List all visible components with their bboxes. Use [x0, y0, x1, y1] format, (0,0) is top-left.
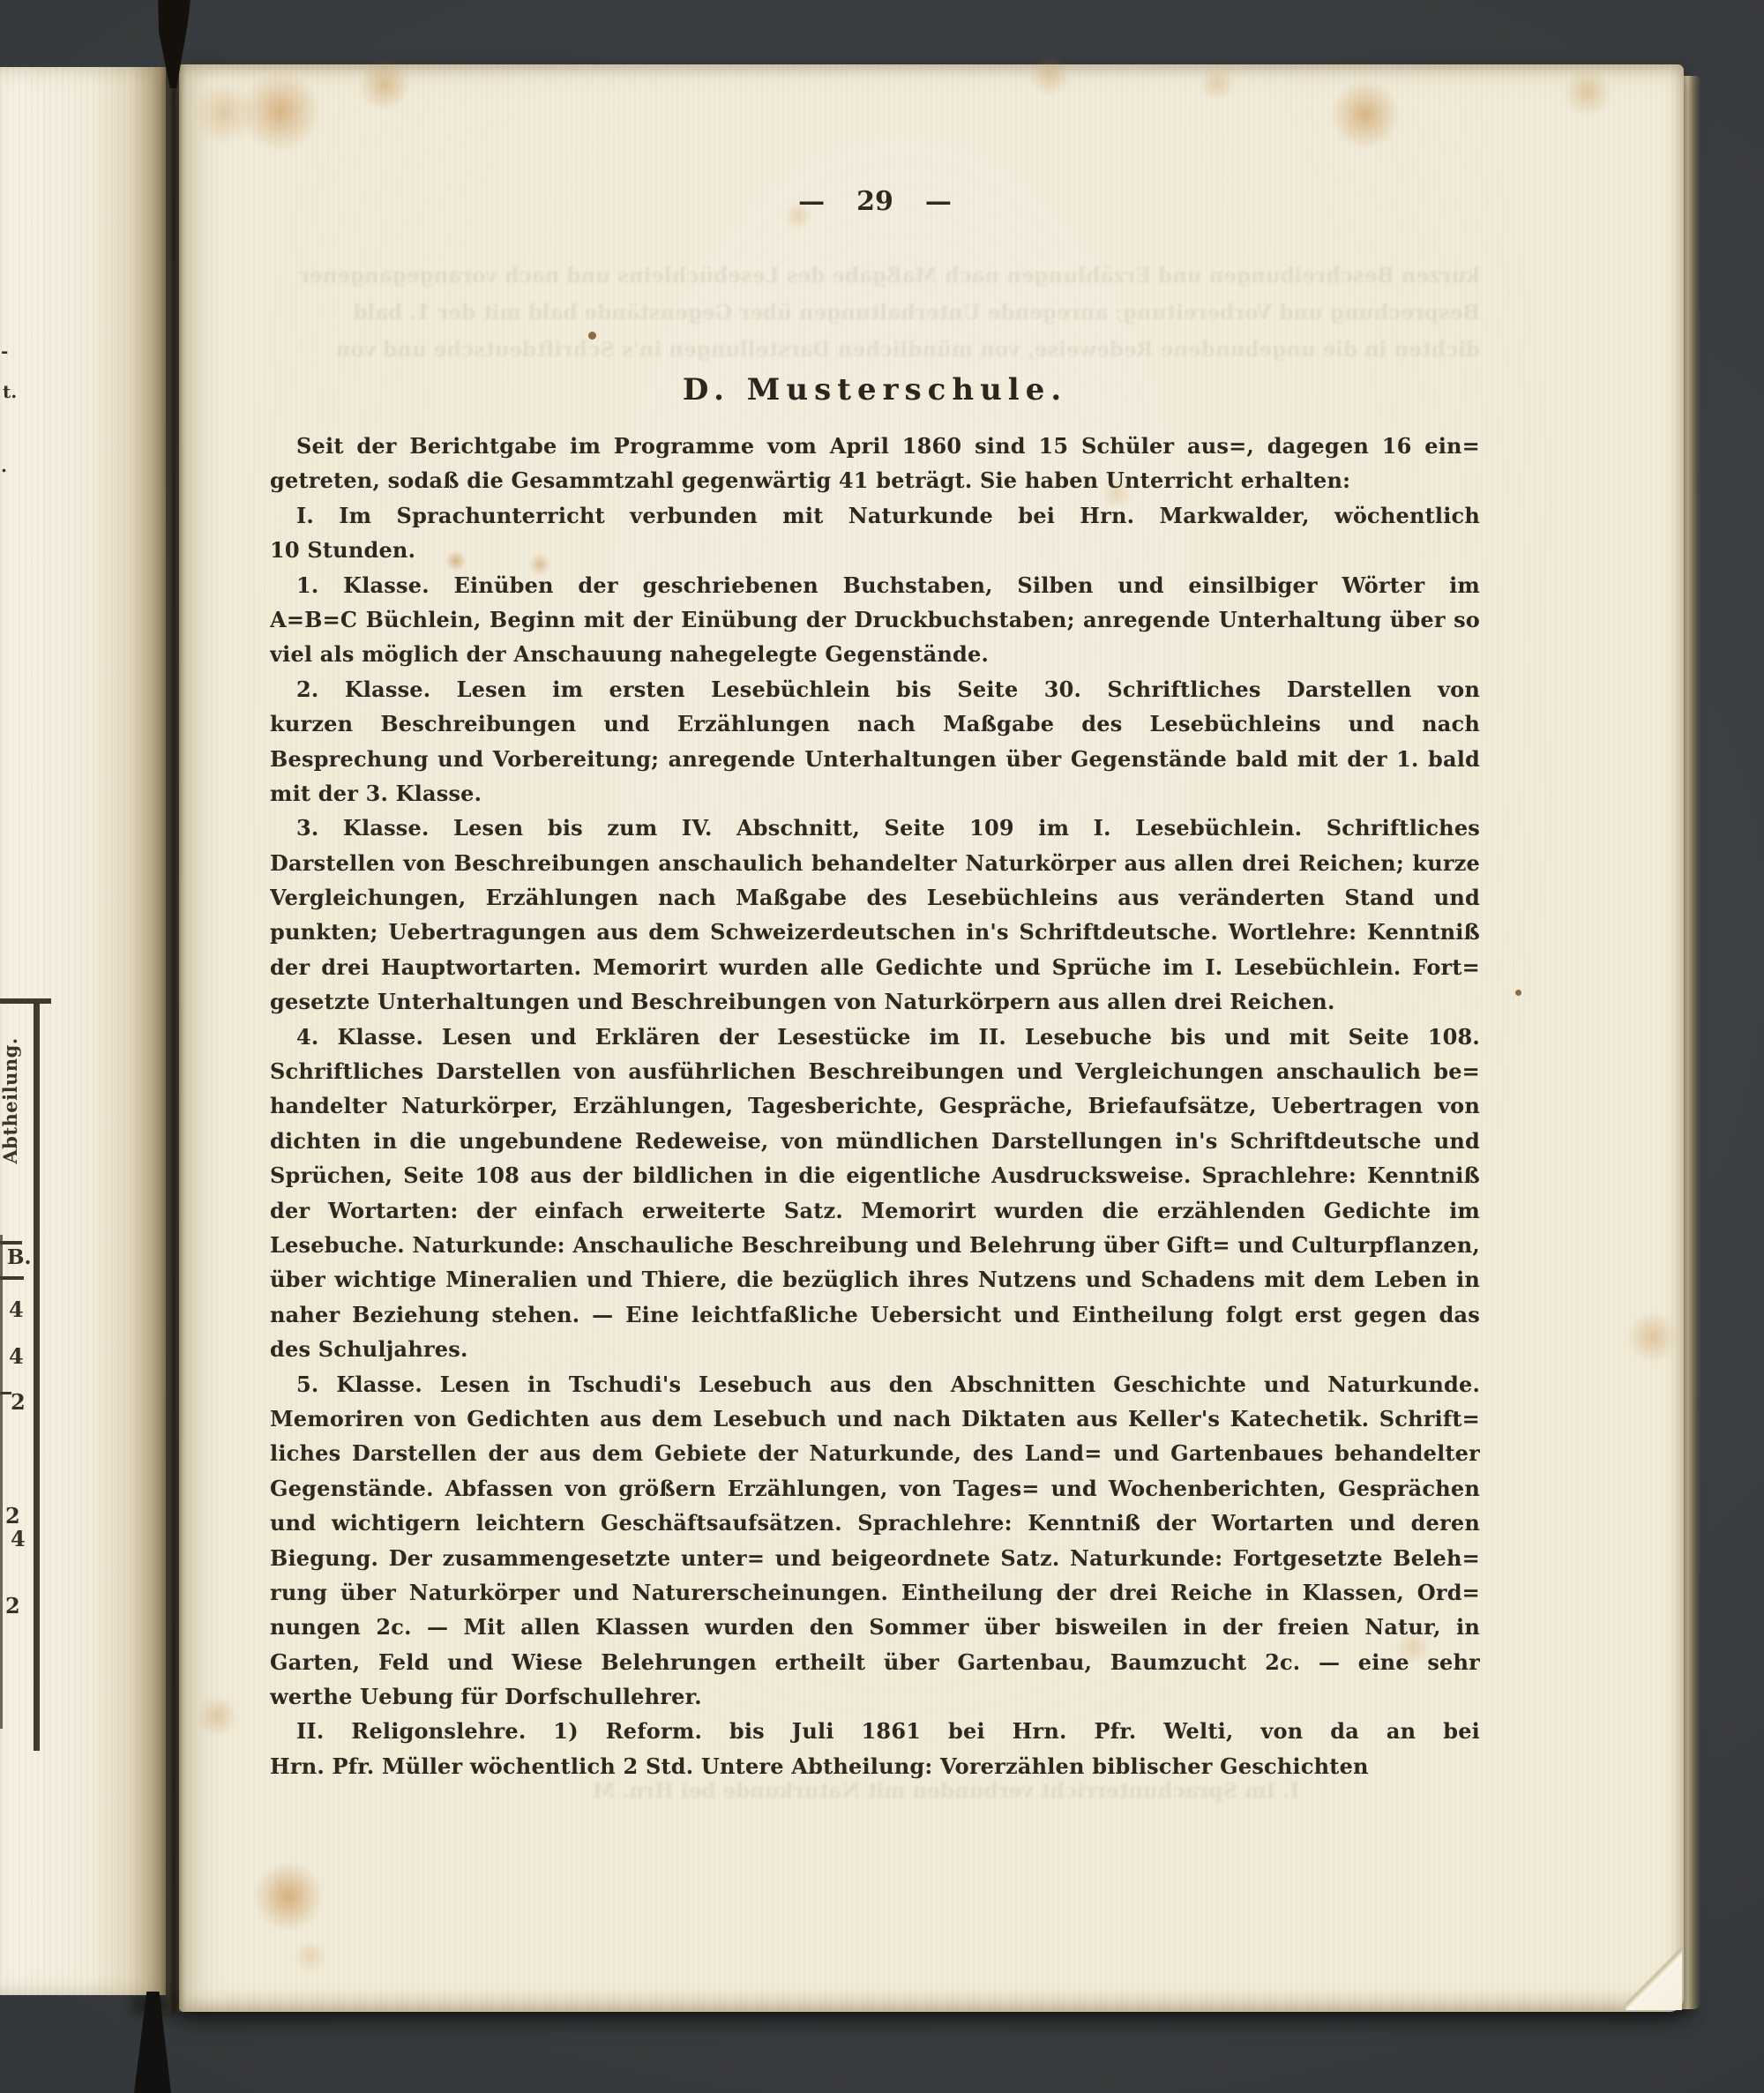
body-text-line: 1. Klasse. Einüben der geschriebenen Buc… — [270, 568, 1480, 602]
left-page-fragment: . — [1, 455, 7, 476]
body-text-line: A=B=C Büchlein, Beginn mit der Einübung … — [270, 602, 1480, 637]
body-text-line: naher Beziehung stehen. — Eine leichtfaß… — [270, 1297, 1480, 1332]
book-gutter-shadow — [161, 62, 185, 2013]
body-text-line: Memoriren von Gedichten aus dem Lesebuch… — [270, 1402, 1480, 1436]
body-text-line: Biegung. Der zusammengesetzte unter= und… — [270, 1541, 1480, 1575]
body-text-line: werthe Uebung für Dorfschullehrer. — [270, 1679, 1480, 1714]
table-rule-vertical — [34, 1002, 40, 1751]
page-number-dash: — — [925, 186, 952, 217]
body-text-line: 3. Klasse. Lesen bis zum IV. Abschnitt, … — [270, 811, 1480, 845]
table-cell-value: 4 — [9, 1297, 24, 1322]
table-tick — [0, 1276, 24, 1280]
body-text-line: kurzen Beschreibungen und Erzählungen na… — [270, 706, 1480, 741]
table-cell-value: 4 — [11, 1526, 26, 1551]
page-stack-edges — [1682, 76, 1701, 2009]
left-page-fragment: t. — [3, 381, 17, 402]
body-text-line: Besprechung und Vorbereitung; anregende … — [270, 742, 1480, 776]
bleed-through-ghost-text: Besprechung und Vorbereitung; anregende … — [270, 298, 1480, 328]
body-text-line: rung über Naturkörper und Naturerscheinu… — [270, 1575, 1480, 1610]
ink-speck — [588, 332, 596, 340]
body-text-line: viel als möglich der Anschauung nahegele… — [270, 637, 1480, 671]
rotated-table-header: Abtheilung. — [0, 1017, 22, 1185]
body-text-line: punkten; Uebertragungen aus dem Schweize… — [270, 915, 1480, 949]
body-text-line: Vergleichungen, Erzählungen nach Maßgabe… — [270, 880, 1480, 915]
left-page-fragment: - — [1, 340, 8, 362]
body-text-line: 2. Klasse. Lesen im ersten Lesebüchlein … — [270, 672, 1480, 706]
page-number-value: 29 — [856, 186, 893, 217]
table-cell-value: 2 — [5, 1593, 20, 1618]
body-text-line: 10 Stunden. — [270, 533, 1480, 567]
body-text-line: II. Religonslehre. 1) Reform. bis Juli 1… — [270, 1714, 1480, 1748]
body-text-line: Garten, Feld und Wiese Belehrungen erthe… — [270, 1645, 1480, 1679]
body-text-line: über wichtige Mineralien und Thiere, die… — [270, 1262, 1480, 1297]
left-page-edge: - t. . Abtheilung. B. 442242 — [0, 67, 166, 1995]
body-text-line: 5. Klasse. Lesen in Tschudi's Lesebuch a… — [270, 1367, 1480, 1402]
bleed-through-ghost-text: kurzen Beschreibungen und Erzählungen na… — [270, 261, 1480, 291]
table-column-header: B. — [7, 1245, 31, 1269]
body-text-line: der drei Hauptwortarten. Memorirt wurden… — [270, 950, 1480, 984]
table-cell-value: 2 — [5, 1503, 20, 1529]
table-cell-value: 2 — [11, 1389, 26, 1415]
page-number: —29— — [270, 186, 1480, 217]
body-text-line: Hrn. Pfr. Müller wöchentlich 2 Std. Unte… — [270, 1749, 1480, 1783]
body-text-line: Sprüchen, Seite 108 aus der bildlichen i… — [270, 1158, 1480, 1192]
body-text-line: gesetzte Unterhaltungen und Beschreibung… — [270, 984, 1480, 1019]
body-text-line: mit der 3. Klasse. — [270, 776, 1480, 811]
ink-speck — [1515, 990, 1521, 996]
page-corner-fold — [1626, 1948, 1682, 2010]
book-scan: - t. . Abtheilung. B. 442242 —29— D. Mus… — [0, 0, 1764, 2093]
section-title: D. Musterschule. — [270, 372, 1480, 407]
book-page: —29— D. Musterschule. Seit der Berichtga… — [179, 64, 1684, 2012]
body-text-line: handelter Naturkörper, Erzählungen, Tage… — [270, 1088, 1480, 1123]
body-text-line: Seit der Berichtgabe im Programme vom Ap… — [270, 429, 1480, 463]
table-tick — [0, 1241, 22, 1245]
body-text-line: Gegenstände. Abfassen von größern Erzähl… — [270, 1471, 1480, 1506]
bleed-through-ghost-text: dichten in die ungebundene Redeweise, vo… — [270, 335, 1480, 365]
body-text-line: getreten, sodaß die Gesammtzahl gegenwär… — [270, 463, 1480, 497]
page-number-dash: — — [798, 186, 825, 217]
body-text-line: nungen 2c. — Mit allen Klassen wurden de… — [270, 1610, 1480, 1644]
body-text: Seit der Berichtgabe im Programme vom Ap… — [270, 429, 1480, 1783]
table-rule-left — [0, 1235, 3, 1729]
body-text-line: der Wortarten: der einfach erweiterte Sa… — [270, 1193, 1480, 1228]
body-text-line: 4. Klasse. Lesen und Erklären der Lesest… — [270, 1020, 1480, 1054]
table-cell-value: 4 — [9, 1343, 24, 1369]
body-text-line: Lesebuche. Naturkunde: Anschauliche Besc… — [270, 1228, 1480, 1262]
body-text-line: Schriftliches Darstellen von ausführlich… — [270, 1054, 1480, 1088]
body-text-line: des Schuljahres. — [270, 1332, 1480, 1366]
body-text-line: Darstellen von Beschreibungen anschaulic… — [270, 846, 1480, 880]
table-rule-top — [0, 998, 51, 1004]
body-text-line: dichten in die ungebundene Redeweise, vo… — [270, 1124, 1480, 1158]
body-text-line: liches Darstellen der aus dem Gebiete de… — [270, 1436, 1480, 1470]
body-text-line: und wichtigern leichtern Geschäftsaufsät… — [270, 1506, 1480, 1540]
body-text-line: I. Im Sprachunterricht verbunden mit Nat… — [270, 498, 1480, 533]
